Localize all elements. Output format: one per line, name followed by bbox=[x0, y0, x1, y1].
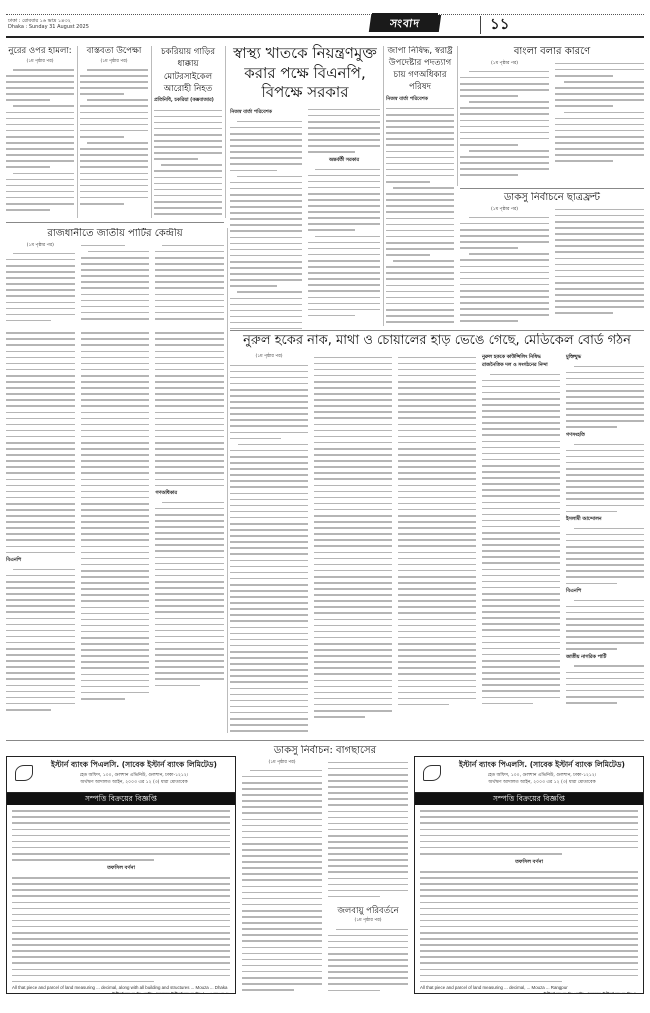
bank-logo-icon bbox=[15, 765, 33, 781]
article-body bbox=[460, 69, 549, 179]
headline: বাস্তবতা উপেক্ষা bbox=[80, 46, 148, 57]
article-body bbox=[6, 251, 75, 324]
subhead: গণঅধিকার bbox=[155, 490, 224, 498]
article-reality-ignored: বাস্তবতা উপেক্ষা (১ম পৃষ্ঠার পর) bbox=[80, 46, 148, 218]
headline: ডাকসু নির্বাচন: বাগছাসের bbox=[242, 745, 408, 758]
headline: চকরিয়ায় গাড়ির ধাক্কায় মোটরসাইকেল আরো… bbox=[154, 46, 222, 95]
article-body bbox=[80, 67, 148, 207]
column-rule bbox=[77, 46, 78, 218]
subhead: মুক্তিযুদ্ধ bbox=[566, 354, 644, 362]
masthead: ঢাকা : রোববার ১৬ ভাদ্র ১৪৩২ Dhaka : Sund… bbox=[0, 14, 650, 38]
column-rule bbox=[383, 46, 384, 326]
ad-address: হেড অফিস, ১০০, গুলশান এভিনিউ, গুলশান, ঢা… bbox=[37, 772, 231, 779]
article-body bbox=[566, 525, 644, 586]
ad-signature: ইস্টার্ন ব্যাংক পিএলসি. (সাবেক ইস্টার্ন … bbox=[420, 993, 638, 994]
headline: স্বাস্থ্য খাতকে নিয়ন্ত্রণমুক্ত করার পক্… bbox=[230, 44, 380, 103]
subhead: বিএনপি bbox=[6, 557, 75, 565]
ad-title: ইস্টার্ন ব্যাংক পিএলসি. (সাবেক ইস্টার্ন … bbox=[37, 760, 231, 772]
article-body bbox=[6, 330, 75, 555]
article-body bbox=[566, 663, 644, 706]
article-body bbox=[555, 207, 644, 317]
column-rule bbox=[151, 46, 152, 218]
article-nurul-haque: নুরুল হকের নাক, মাথা ও চোয়ালের হাড় ভেঙ… bbox=[230, 333, 644, 733]
ad-title: ইস্টার্ন ব্যাংক পিএলসি. (সাবেক ইস্টার্ন … bbox=[445, 760, 639, 772]
article-columns: (১ম পৃষ্ঠার পর) bbox=[460, 205, 644, 325]
article-body bbox=[460, 215, 549, 325]
jump-line: (১ম পৃষ্ঠার পর) bbox=[6, 242, 75, 249]
article-body bbox=[566, 363, 644, 430]
ad-english-note: All that piece and parcel of land measur… bbox=[420, 985, 638, 991]
subhead: জাতীয় নাগরিক পার্টি bbox=[566, 654, 644, 662]
ad-english-note: All that piece and parcel of land measur… bbox=[12, 985, 230, 991]
ad-section-heading: তফসিল বর্ণনা bbox=[12, 865, 230, 873]
article-body bbox=[6, 67, 74, 213]
ad-eastern-bank-right: ইস্টার্ন ব্যাংক পিএলসি. (সাবেক ইস্টার্ন … bbox=[414, 756, 644, 994]
article-body bbox=[155, 330, 224, 488]
column-rule bbox=[225, 46, 226, 218]
article-jatiya-party: রাজধানীতে জাতীয় পার্টির কেন্দ্রীয় (১ম … bbox=[6, 228, 224, 328]
column-rule bbox=[457, 46, 458, 186]
top-dotted-rule bbox=[6, 14, 644, 15]
masthead-rule bbox=[6, 36, 644, 38]
article-columns: বিএনপি গণঅধিকার bbox=[6, 330, 224, 713]
ad-eastern-bank-left: ইস্টার্ন ব্যাংক পিএলসি. (সাবেক ইস্টার্ন … bbox=[6, 756, 236, 994]
headline: জাপা নিষিদ্ধ, স্বরাষ্ট্র উপদেষ্টার পদত্য… bbox=[386, 46, 454, 94]
article-body bbox=[230, 362, 308, 733]
bank-logo-icon bbox=[423, 765, 441, 781]
article-bangla-speaking: বাংলা বলার কারণে (১ম পৃষ্ঠার পর) bbox=[460, 46, 644, 184]
section-rule bbox=[230, 330, 644, 331]
ad-law-reference: অর্থঋণ আদালত আইন, ২০০৩ এর ১২ (৩) ধারা মো… bbox=[37, 779, 231, 786]
ad-banner: সম্পত্তি বিক্রয়ের বিজ্ঞপ্তি bbox=[415, 793, 643, 805]
section-rule bbox=[6, 222, 224, 223]
article-body bbox=[398, 354, 476, 707]
article-columns: (১ম পৃষ্ঠার পর) জলবায়ু পরিবর্তনে (১ম পৃ… bbox=[242, 758, 408, 994]
article-body bbox=[386, 106, 454, 326]
jump-line: (১ম পৃষ্ঠার পর) bbox=[230, 353, 308, 360]
article-body bbox=[566, 441, 644, 514]
article-columns: (১ম পৃষ্ঠার পর) নুরুল হককে কাউন্সিলিং নি… bbox=[230, 352, 644, 733]
dateline: ঢাকা : রোববার ১৬ ভাদ্র ১৪৩২ Dhaka : Sund… bbox=[8, 18, 89, 30]
article-body bbox=[555, 61, 644, 165]
article-columns: নিজস্ব বার্তা পরিবেশক অন্তর্বর্তী সরকার bbox=[230, 107, 380, 330]
ad-notice-text bbox=[420, 808, 638, 857]
ad-terms-text bbox=[420, 869, 638, 985]
article-body bbox=[81, 330, 150, 702]
article-body bbox=[154, 107, 222, 218]
article-body bbox=[328, 760, 408, 900]
byline: প্রতিনিধি, চকরিয়া (কক্সবাজার) bbox=[154, 97, 222, 105]
article-body bbox=[242, 768, 322, 993]
article-body bbox=[6, 566, 75, 712]
article-body bbox=[314, 354, 392, 720]
jump-line: (১ম পৃষ্ঠার পর) bbox=[328, 917, 408, 924]
ad-header: ইস্টার্ন ব্যাংক পিএলসি. (সাবেক ইস্টার্ন … bbox=[415, 757, 643, 793]
ad-law-reference: অর্থঋণ আদালত আইন, ২০০৩ এর ১২ (৩) ধারা মো… bbox=[445, 779, 639, 786]
date-english: Dhaka : Sunday 31 August 2025 bbox=[8, 24, 89, 30]
article-ducsu-chhatrafront: ডাকসু নির্বাচনে ছাত্রফ্রন্ট (১ম পৃষ্ঠার … bbox=[460, 192, 644, 326]
article-chakaria: চকরিয়ায় গাড়ির ধাক্কায় মোটরসাইকেল আরো… bbox=[154, 46, 222, 218]
section-rule bbox=[6, 740, 644, 741]
signature-line-1: ইস্টার্ন ব্যাংক পিএলসি. (সাবেক ইস্টার্ন … bbox=[420, 993, 638, 994]
ad-body: তফসিল বর্ণনা All that piece and parcel o… bbox=[7, 805, 235, 994]
ad-address: হেড অফিস, ১০০, গুলশান এভিনিউ, গুলশান, ঢা… bbox=[445, 772, 639, 779]
article-columns: (১ম পৃষ্ঠার পর) bbox=[6, 241, 224, 324]
signature-line-1: ইস্টার্ন ব্যাংক পিএলসি. (সাবেক ইস্টার্ন … bbox=[12, 993, 230, 994]
headline: নুরের ওপর হামলা: bbox=[6, 46, 74, 57]
article-jatiya-party-continued: বিএনপি গণঅধিকার bbox=[6, 330, 224, 735]
ad-section-heading: তফসিল বর্ণনা bbox=[420, 859, 638, 867]
headline: বাংলা বলার কারণে bbox=[460, 46, 644, 59]
byline: নিজস্ব বার্তা পরিবেশক bbox=[230, 109, 302, 117]
article-body bbox=[230, 119, 302, 330]
ad-header: ইস্টার্ন ব্যাংক পিএলসি. (সাবেক ইস্টার্ন … bbox=[7, 757, 235, 793]
ad-body: তফসিল বর্ণনা All that piece and parcel o… bbox=[415, 805, 643, 994]
ad-notice-text bbox=[12, 808, 230, 863]
byline: নিজস্ব বার্তা পরিবেশক bbox=[386, 96, 454, 104]
jump-line: (১ম পৃষ্ঠার পর) bbox=[242, 759, 322, 766]
article-body bbox=[328, 926, 408, 993]
article-body bbox=[81, 243, 150, 322]
article-health-sector: স্বাস্থ্য খাতকে নিয়ন্ত্রণমুক্ত করার পক্… bbox=[230, 44, 380, 329]
article-ducsu-bagchhas: ডাকসু নির্বাচন: বাগছাসের (১ম পৃষ্ঠার পর)… bbox=[242, 745, 408, 1005]
newspaper-logo: সংবাদ bbox=[369, 15, 441, 32]
headline: ডাকসু নির্বাচনে ছাত্রফ্রন্ট bbox=[460, 192, 644, 205]
page-separator bbox=[480, 16, 481, 34]
article-body bbox=[308, 107, 380, 156]
section-rule bbox=[460, 188, 644, 189]
subhead: অন্তর্বর্তী সরকার bbox=[308, 157, 380, 165]
article-nur-attack: নুরের ওপর হামলা: (১ম পৃষ্ঠার পর) bbox=[6, 46, 74, 218]
page-number: ১১ bbox=[490, 14, 509, 34]
article-body bbox=[155, 499, 224, 688]
article-body bbox=[155, 243, 224, 322]
article-columns: (১ম পৃষ্ঠার পর) bbox=[460, 59, 644, 179]
subhead: ইসলামী আন্দোলন bbox=[566, 516, 644, 524]
ad-signature: ইস্টার্ন ব্যাংক পিএলসি. (সাবেক ইস্টার্ন … bbox=[12, 993, 230, 994]
headline: নুরুল হকের নাক, মাথা ও চোয়ালের হাড় ভেঙ… bbox=[230, 333, 644, 349]
article-japa-ban: জাপা নিষিদ্ধ, স্বরাষ্ট্র উপদেষ্টার পদত্য… bbox=[386, 46, 454, 326]
headline: রাজধানীতে জাতীয় পার্টির কেন্দ্রীয় bbox=[6, 228, 224, 241]
subhead: গণসংহতি bbox=[566, 432, 644, 440]
headline-climate: জলবায়ু পরিবর্তনে bbox=[328, 906, 408, 917]
article-body bbox=[566, 597, 644, 652]
column-rule bbox=[227, 228, 228, 733]
ad-banner: সম্পত্তি বিক্রয়ের বিজ্ঞপ্তি bbox=[7, 793, 235, 805]
jump-line: (১ম পৃষ্ঠার পর) bbox=[460, 206, 549, 213]
article-body bbox=[482, 371, 560, 706]
ad-terms-text bbox=[12, 875, 230, 985]
jump-line: (১ম পৃষ্ঠার পর) bbox=[460, 60, 549, 67]
subhead: নুরুল হককে কাউন্সিলিং নিষিদ্ধ রাজনৈতিক দ… bbox=[482, 354, 560, 370]
jump-line: (১ম পৃষ্ঠার পর) bbox=[80, 58, 148, 65]
jump-line: (১ম পৃষ্ঠার পর) bbox=[6, 58, 74, 65]
subhead: বিএনপি bbox=[566, 588, 644, 596]
article-body bbox=[308, 166, 380, 318]
